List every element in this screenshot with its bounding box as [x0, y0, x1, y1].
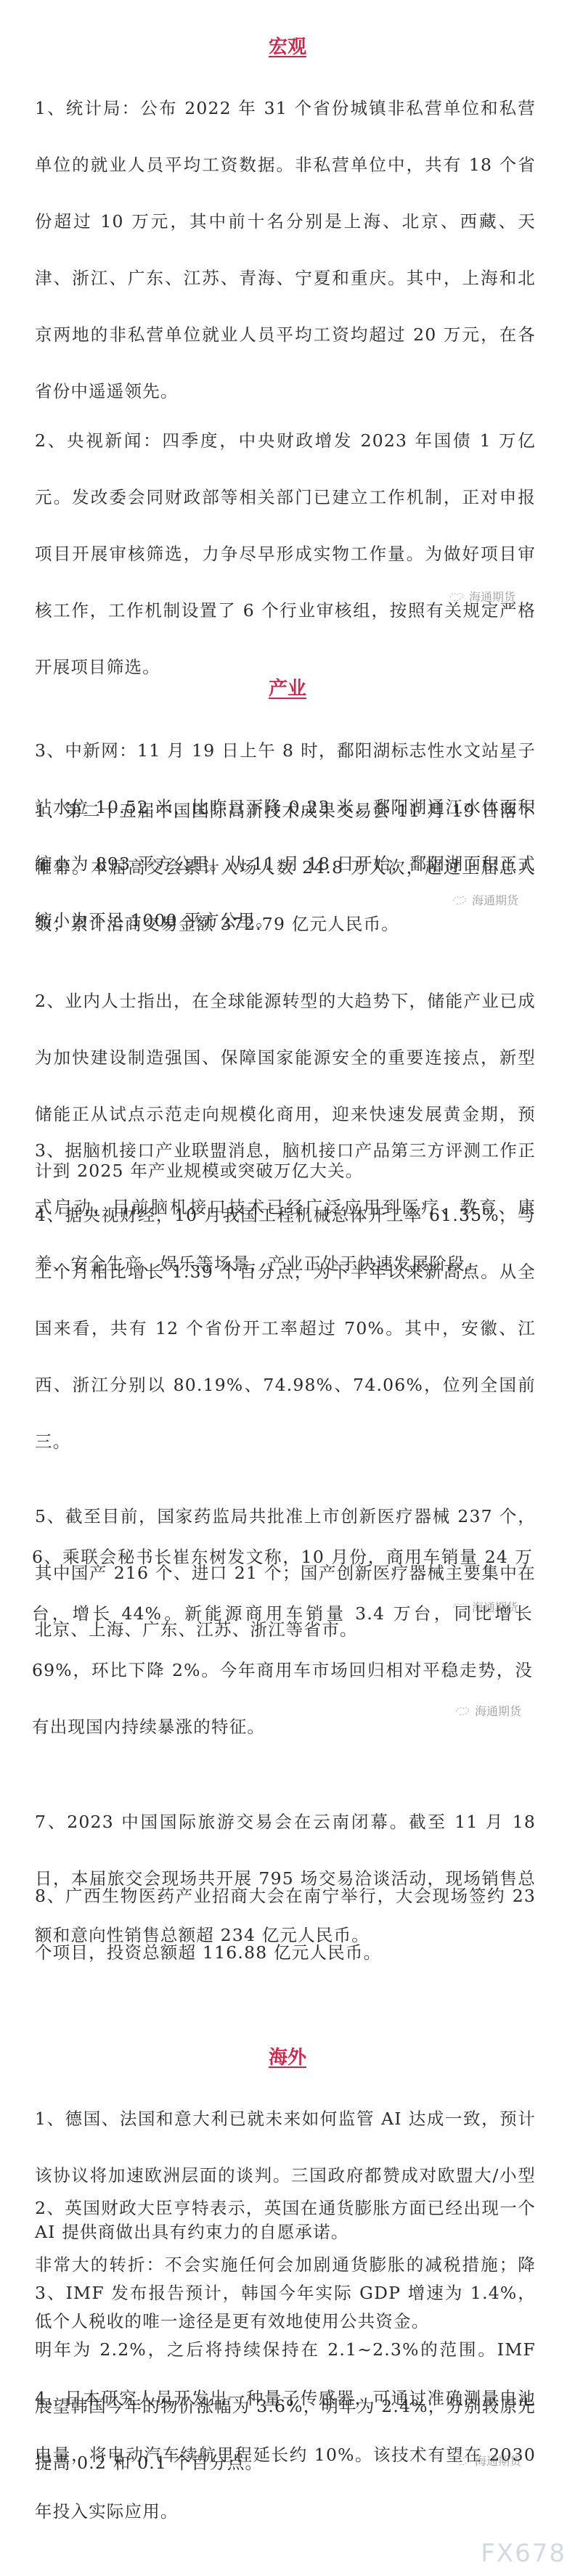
- section-title-macro: 宏观: [0, 32, 575, 59]
- section-title-text: 海外: [269, 2047, 306, 2069]
- section-title-text: 宏观: [269, 36, 306, 58]
- watermark-text: 海通期货: [469, 588, 515, 605]
- watermark-text: 海通期货: [475, 1702, 521, 1719]
- section-title-text: 产业: [269, 678, 306, 700]
- watermark-text: 海通期货: [472, 891, 518, 908]
- section-title-overseas: 海外: [0, 2043, 575, 2069]
- news-digest-page: 宏观 1、统计局：公布 2022 年 31 个省份城镇非私营单位和私营单位的就业…: [0, 0, 575, 2576]
- haitong-logo-icon: [449, 590, 465, 603]
- macro-item-1: 1、统计局：公布 2022 年 31 个省份城镇非私营单位和私营单位的就业人员平…: [35, 80, 536, 420]
- watermark-haitong: 海通期货: [449, 588, 515, 605]
- fx678-watermark: FX678: [481, 2539, 566, 2568]
- watermark-haitong: 海通期货: [452, 891, 518, 908]
- overseas-item-4: 4、日本研究人员开发出一种量子传感器，可通过准确测量电池电量，将电动汽车续航里程…: [35, 2370, 536, 2540]
- watermark-haitong: 海通期货: [454, 1702, 521, 1719]
- industry-item-8: 8、广西生物医药产业招商大会在南宁举行，大会现场签约 23 个项目，投资总额超 …: [35, 1868, 536, 1981]
- haitong-logo-icon: [452, 894, 468, 907]
- macro-item-2: 2、央视新闻：四季度，中央财政增发 2023 年国债 1 万亿元。发改委会同财政…: [35, 412, 536, 695]
- industry-item-1: 1、第二十五届中国国际高新技术成果交易会 11 月 19 日落下帷幕。本届高交会…: [35, 782, 536, 952]
- haitong-logo-icon: [454, 1704, 470, 1717]
- industry-item-6: 6、乘联会秘书长崔东树发文称，10 月份，商用车销量 24 万台，增长 44%。…: [32, 1529, 533, 1755]
- industry-item-4: 4、据央视财经，10 月我国工程机械总体开工率 61.35%，与上个月相比增长 …: [35, 1187, 536, 1470]
- section-title-industry: 产业: [0, 674, 575, 700]
